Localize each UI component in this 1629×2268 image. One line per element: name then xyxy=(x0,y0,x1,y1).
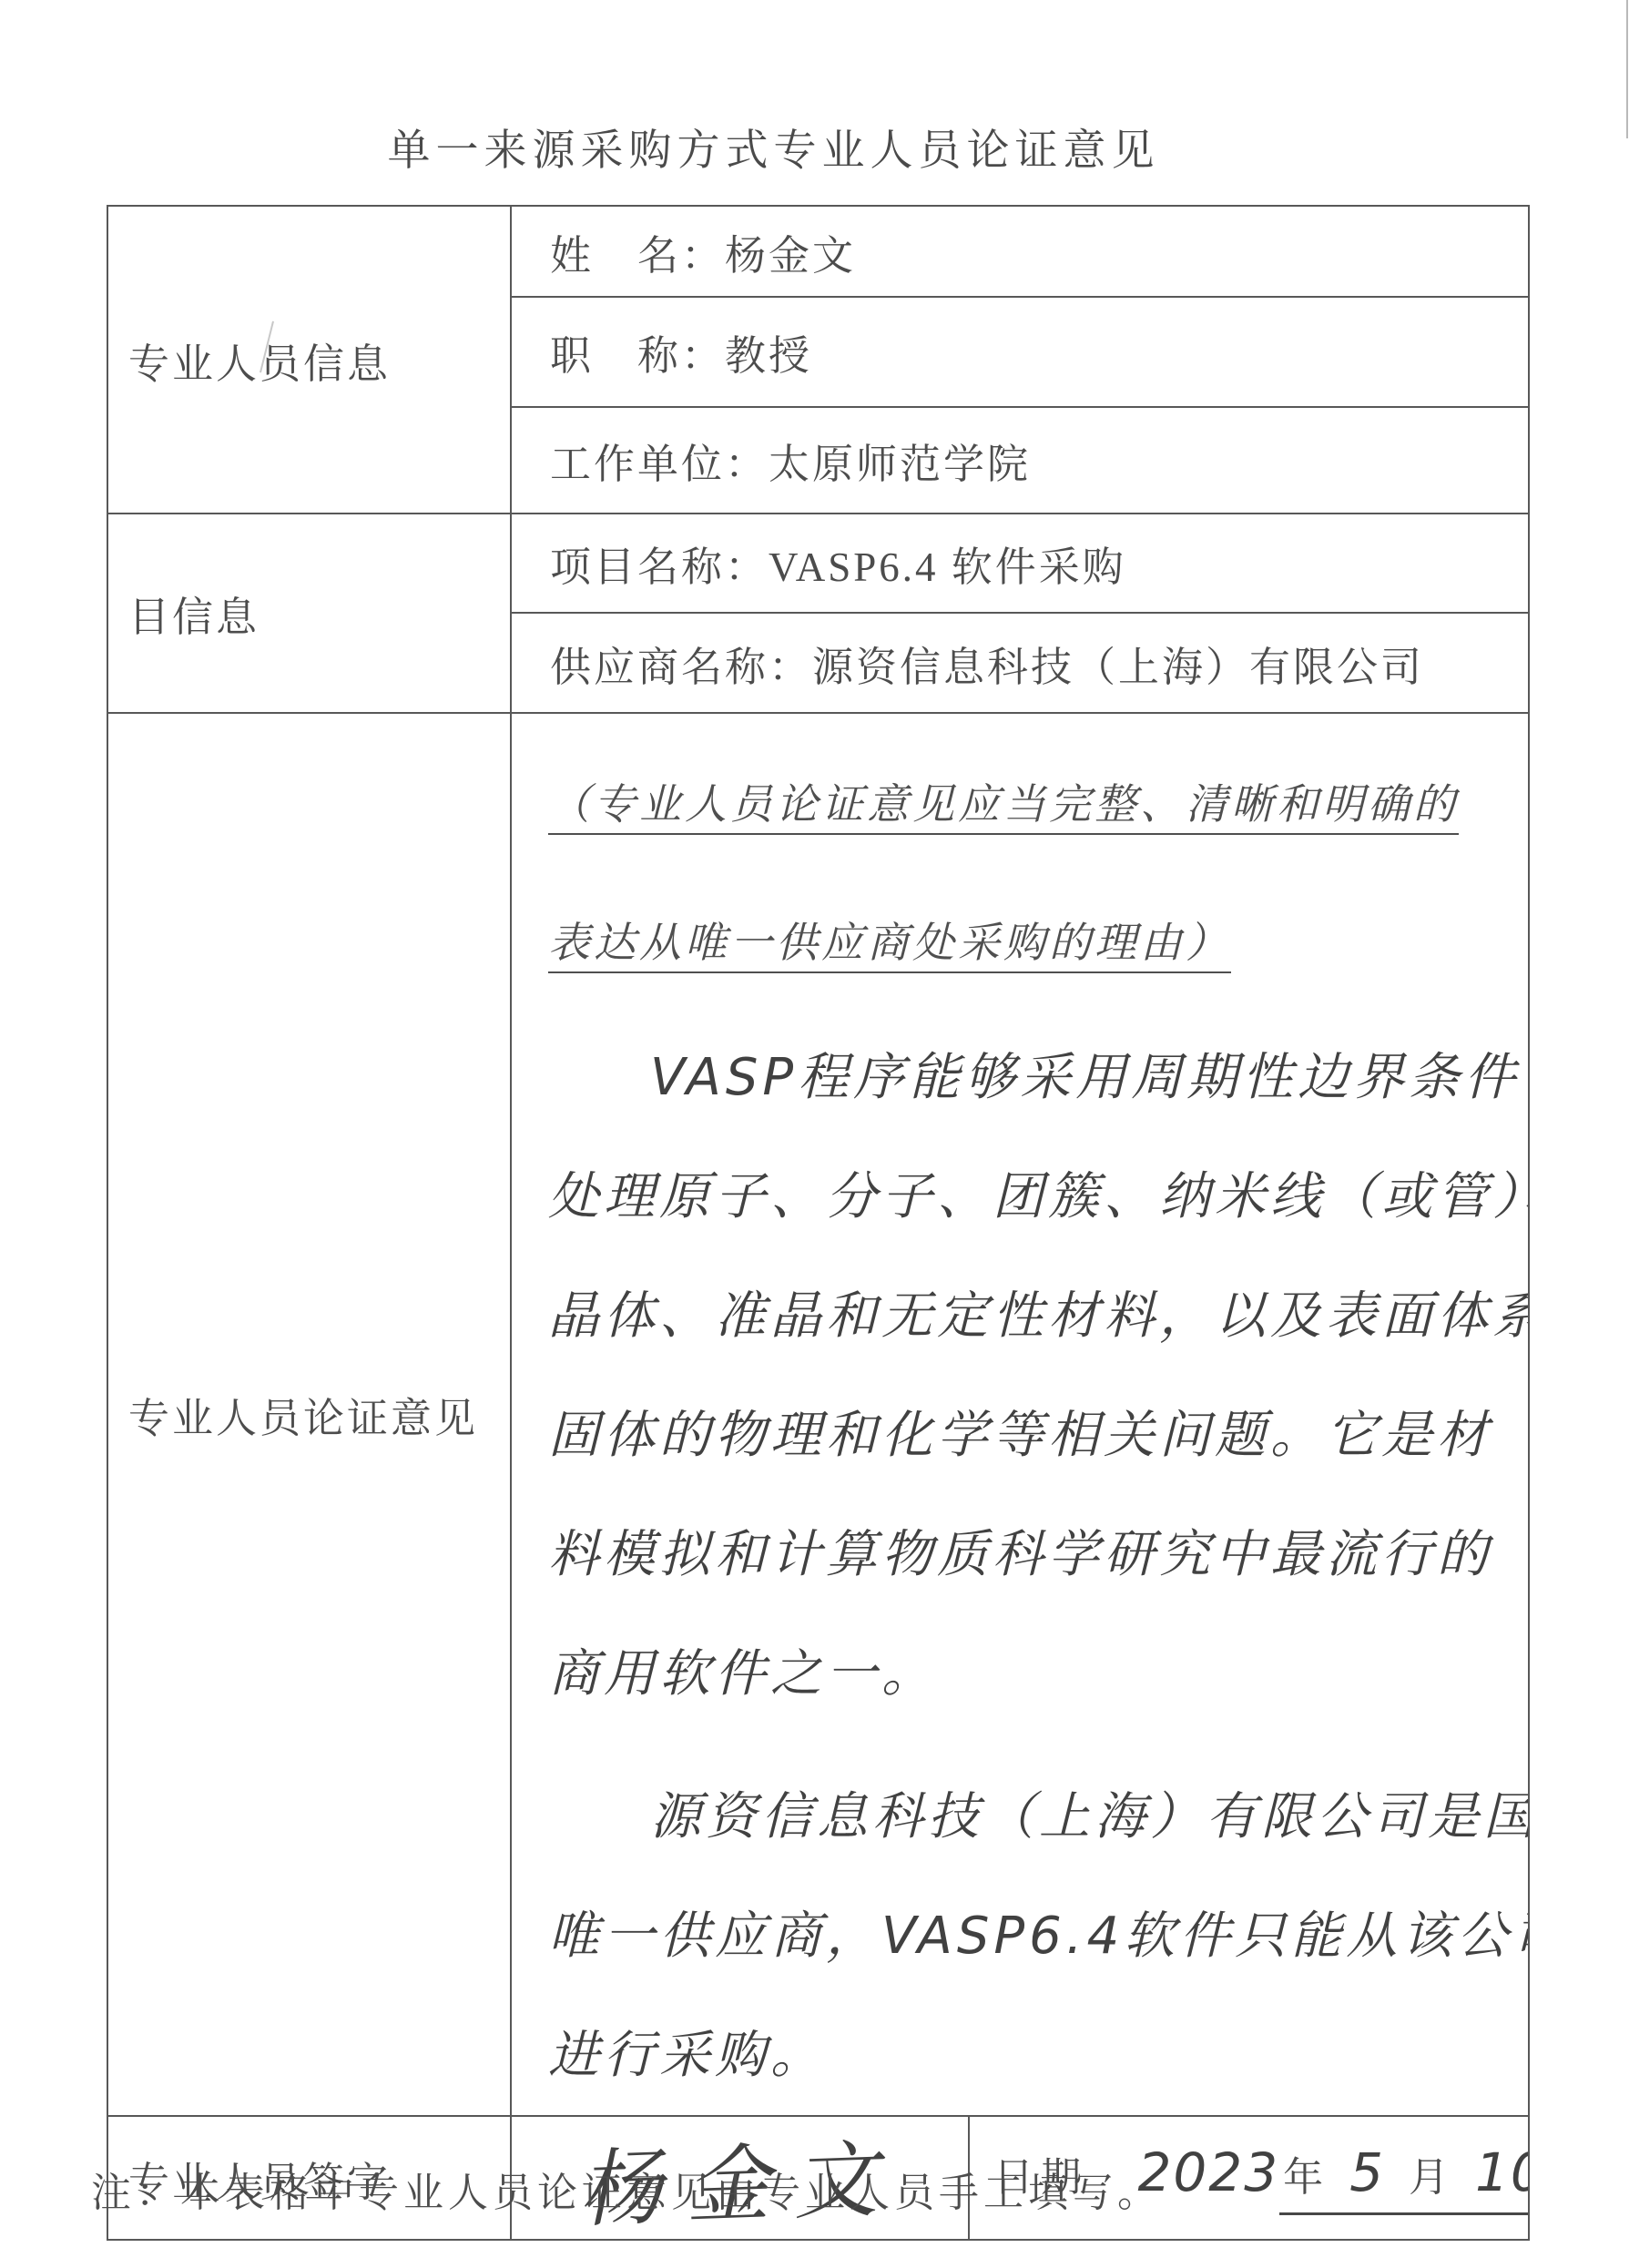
personnel-title-cell: 职 称：教授 xyxy=(511,297,1529,407)
opinion-instruction: （专业人员论证意见应当完整、清晰和明确的 表达从唯一供应商处采购的理由） xyxy=(548,736,1504,1012)
date-underline-group: 年5月10日 xyxy=(1279,2141,1529,2215)
date-month-unit: 月 xyxy=(1409,2155,1451,2200)
date-year-unit: 年 xyxy=(1283,2155,1326,2200)
table-row: 目信息 项目名称：VASP6.4 软件采购 xyxy=(107,514,1529,613)
handwritten-opinion-line: 处理原子、分子、团簇、纳米线（或管）、薄膜、 xyxy=(548,1137,1504,1256)
project-section-label: 目信息 xyxy=(107,514,511,713)
handwritten-date-month: 5 xyxy=(1349,2141,1385,2203)
handwritten-opinion-line: 商用软件之一。 xyxy=(548,1614,1504,1734)
personnel-employer-cell: 工作单位：太原师范学院 xyxy=(511,407,1529,514)
opinion-content-cell: （专业人员论证意见应当完整、清晰和明确的 表达从唯一供应商处采购的理由） VAS… xyxy=(511,713,1529,2116)
personnel-name-cell: 姓 名：杨金文 xyxy=(511,206,1529,297)
handwritten-opinion-line: 晶体、准晶和无定性材料，以及表面体系和 xyxy=(548,1256,1504,1376)
handwritten-opinion-paragraph-1: VASP程序能够采用周期性边界条件 处理原子、分子、团簇、纳米线（或管）、薄膜、… xyxy=(548,1018,1504,1734)
handwritten-opinion-line: VASP程序能够采用周期性边界条件 xyxy=(548,1018,1504,1137)
opinion-instruction-line: 表达从唯一供应商处采购的理由） xyxy=(548,874,1504,1012)
scan-edge-artifact xyxy=(1626,0,1628,138)
handwritten-opinion-line: 源资信息科技（上海）有限公司是国内 xyxy=(548,1757,1504,1876)
handwritten-opinion-line: 唯一供应商，VASP6.4软件只能从该公司 xyxy=(548,1876,1504,1996)
project-name-cell: 项目名称：VASP6.4 软件采购 xyxy=(511,514,1529,613)
opinion-instruction-line: （专业人员论证意见应当完整、清晰和明确的 xyxy=(548,736,1504,874)
table-row: 专业人员信息 姓 名：杨金文 xyxy=(107,206,1529,297)
footnote: 注：本表格中专业人员论证意见由专业人员手工填写。 xyxy=(91,2160,1162,2218)
page-title: 单一来源采购方式专业人员论证意见 xyxy=(0,117,1588,178)
personnel-section-label: 专业人员信息 xyxy=(107,206,511,514)
form-table: 专业人员信息 姓 名：杨金文 职 称：教授 工作单位：太原师范学院 目信息 项目… xyxy=(107,205,1530,2241)
handwritten-opinion-line: 进行采购。 xyxy=(548,1996,1504,2115)
project-supplier-cell: 供应商名称：源资信息科技（上海）有限公司 xyxy=(511,613,1529,713)
handwritten-opinion-line: 固体的物理和化学等相关问题。它是材 xyxy=(548,1376,1504,1495)
scanned-form-page: 单一来源采购方式专业人员论证意见 专业人员信息 姓 名：杨金文 职 称：教授 工… xyxy=(0,0,1629,2268)
handwritten-opinion-paragraph-2: 源资信息科技（上海）有限公司是国内 唯一供应商，VASP6.4软件只能从该公司 … xyxy=(548,1757,1504,2115)
opinion-section-label: 专业人员论证意见 xyxy=(107,713,511,2116)
handwritten-opinion-line: 料模拟和计算物质科学研究中最流行的 xyxy=(548,1495,1504,1614)
table-row: 专业人员论证意见 （专业人员论证意见应当完整、清晰和明确的 表达从唯一供应商处采… xyxy=(107,713,1529,2116)
handwritten-date-day: 10 xyxy=(1475,2141,1529,2203)
